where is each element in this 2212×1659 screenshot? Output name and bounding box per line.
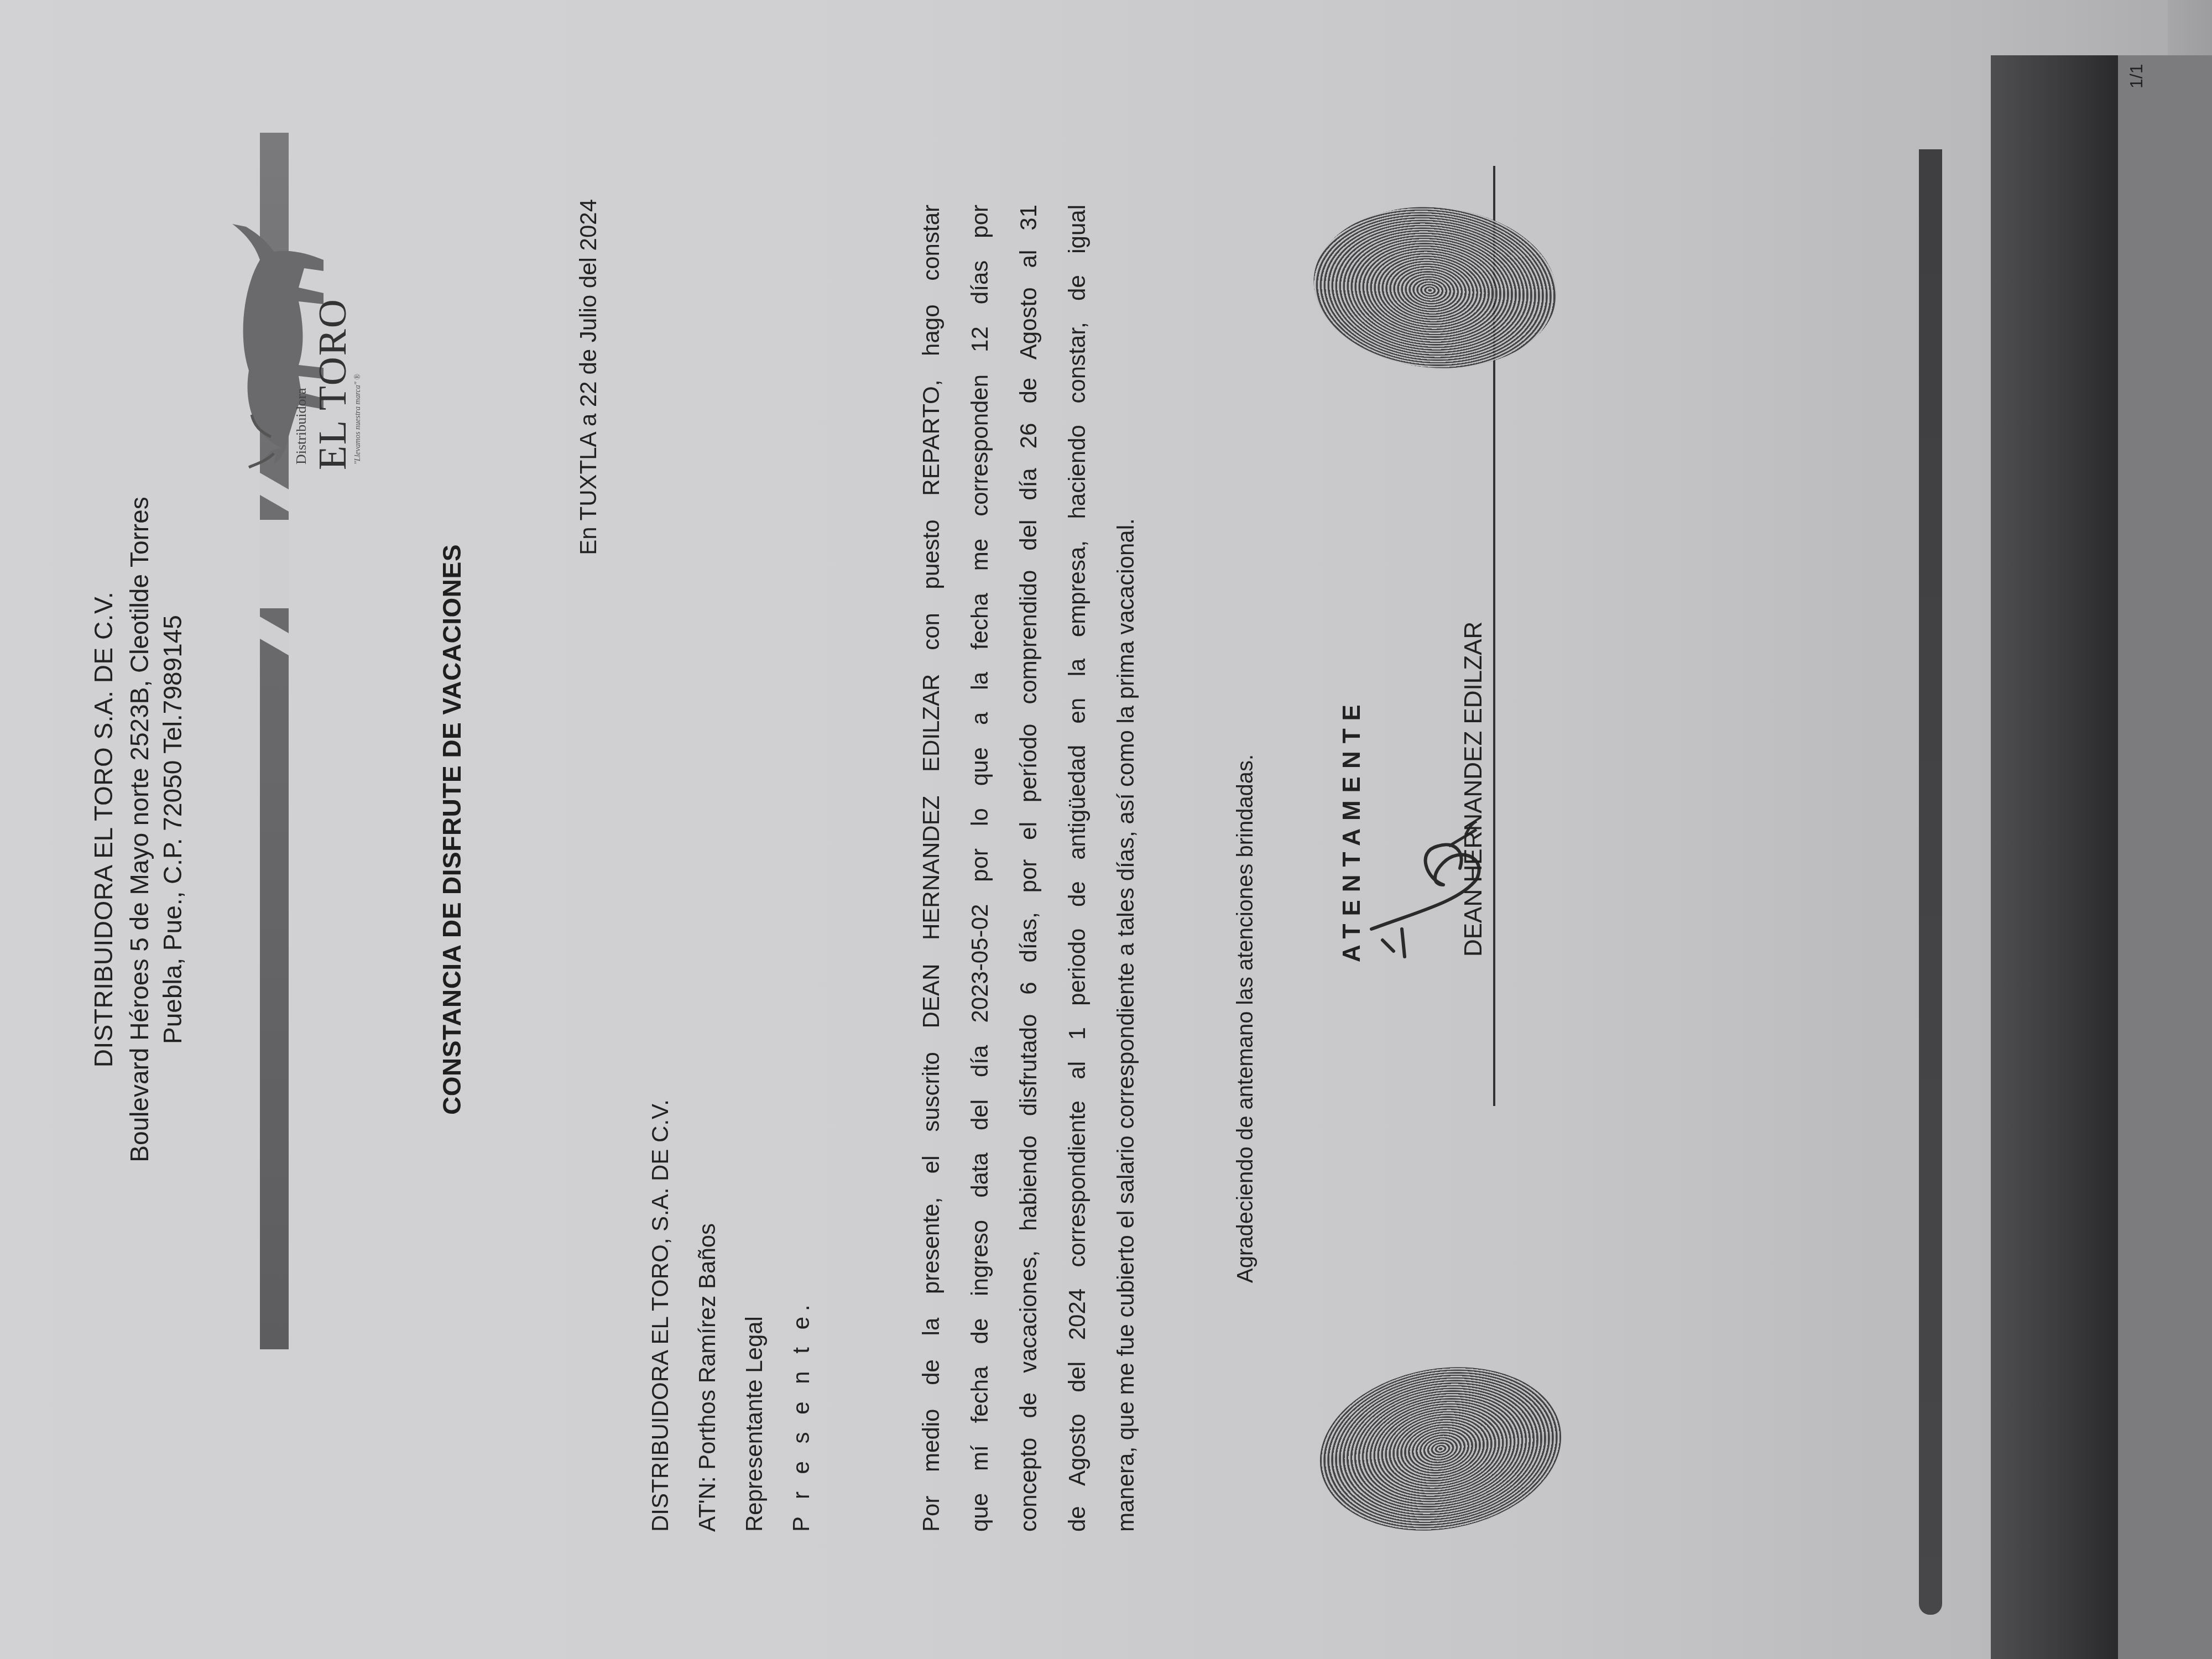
body-line: Por medio de la presente, el suscrito DE… [907, 205, 956, 1532]
logo-tagline: "Llevamos nuestra marca" ® [354, 374, 363, 465]
document-title: CONSTANCIA DE DISFRUTE DE VACACIONES [437, 0, 467, 1659]
addressee-attention: AT'N: Porthos Ramírez Baños [694, 1223, 721, 1532]
document-page: DISTRIBUIDORA EL TORO S.A. DE C.V. Boule… [0, 0, 2212, 1659]
page-number: 1/1 [2126, 64, 2147, 88]
bar-gap [260, 520, 289, 608]
addressee-role: Representante Legal [741, 1316, 768, 1532]
body-line: de Agosto del 2024 correspondiente al 1 … [1053, 205, 1102, 1532]
underlying-paper-edge [1919, 149, 1942, 1615]
underlying-paper-edge [1991, 55, 2118, 1659]
header-address-line2: Puebla, Pue., C.P. 72050 Tel.7989145 [158, 0, 187, 1659]
body-line: concepto de vacaciones, habiendo disfrut… [1004, 205, 1053, 1532]
header-address-line1: Boulevard Héroes 5 de Mayo norte 2523B, … [124, 0, 154, 1659]
body-paragraph: Por medio de la presente, el suscrito DE… [907, 205, 1150, 1532]
body-line: que mí fecha de ingreso data del día 202… [956, 205, 1004, 1532]
body-line: manera, que me fue cubierto el salario c… [1102, 205, 1150, 1532]
addressee-company: DISTRIBUIDORA EL TORO, S.A. DE C.V. [647, 1099, 674, 1532]
addressee-present: P r e s e n t e. [788, 1299, 815, 1532]
closing-thanks: Agradeciendo de antemano las atenciones … [1233, 754, 1258, 1283]
signatory-name: DEAN HERNANDEZ EDILZAR [1460, 622, 1488, 957]
place-date: En TUXTLA a 22 de Julio del 2024 [575, 199, 602, 555]
logo-subtitle: Distribuidora [293, 388, 310, 465]
logo-name: EL TORO [310, 298, 356, 470]
header-company: DISTRIBUIDORA EL TORO S.A. DE C.V. [88, 0, 118, 1659]
underlying-paper [2118, 55, 2212, 1659]
signature-scribble-icon [1349, 769, 1515, 1012]
